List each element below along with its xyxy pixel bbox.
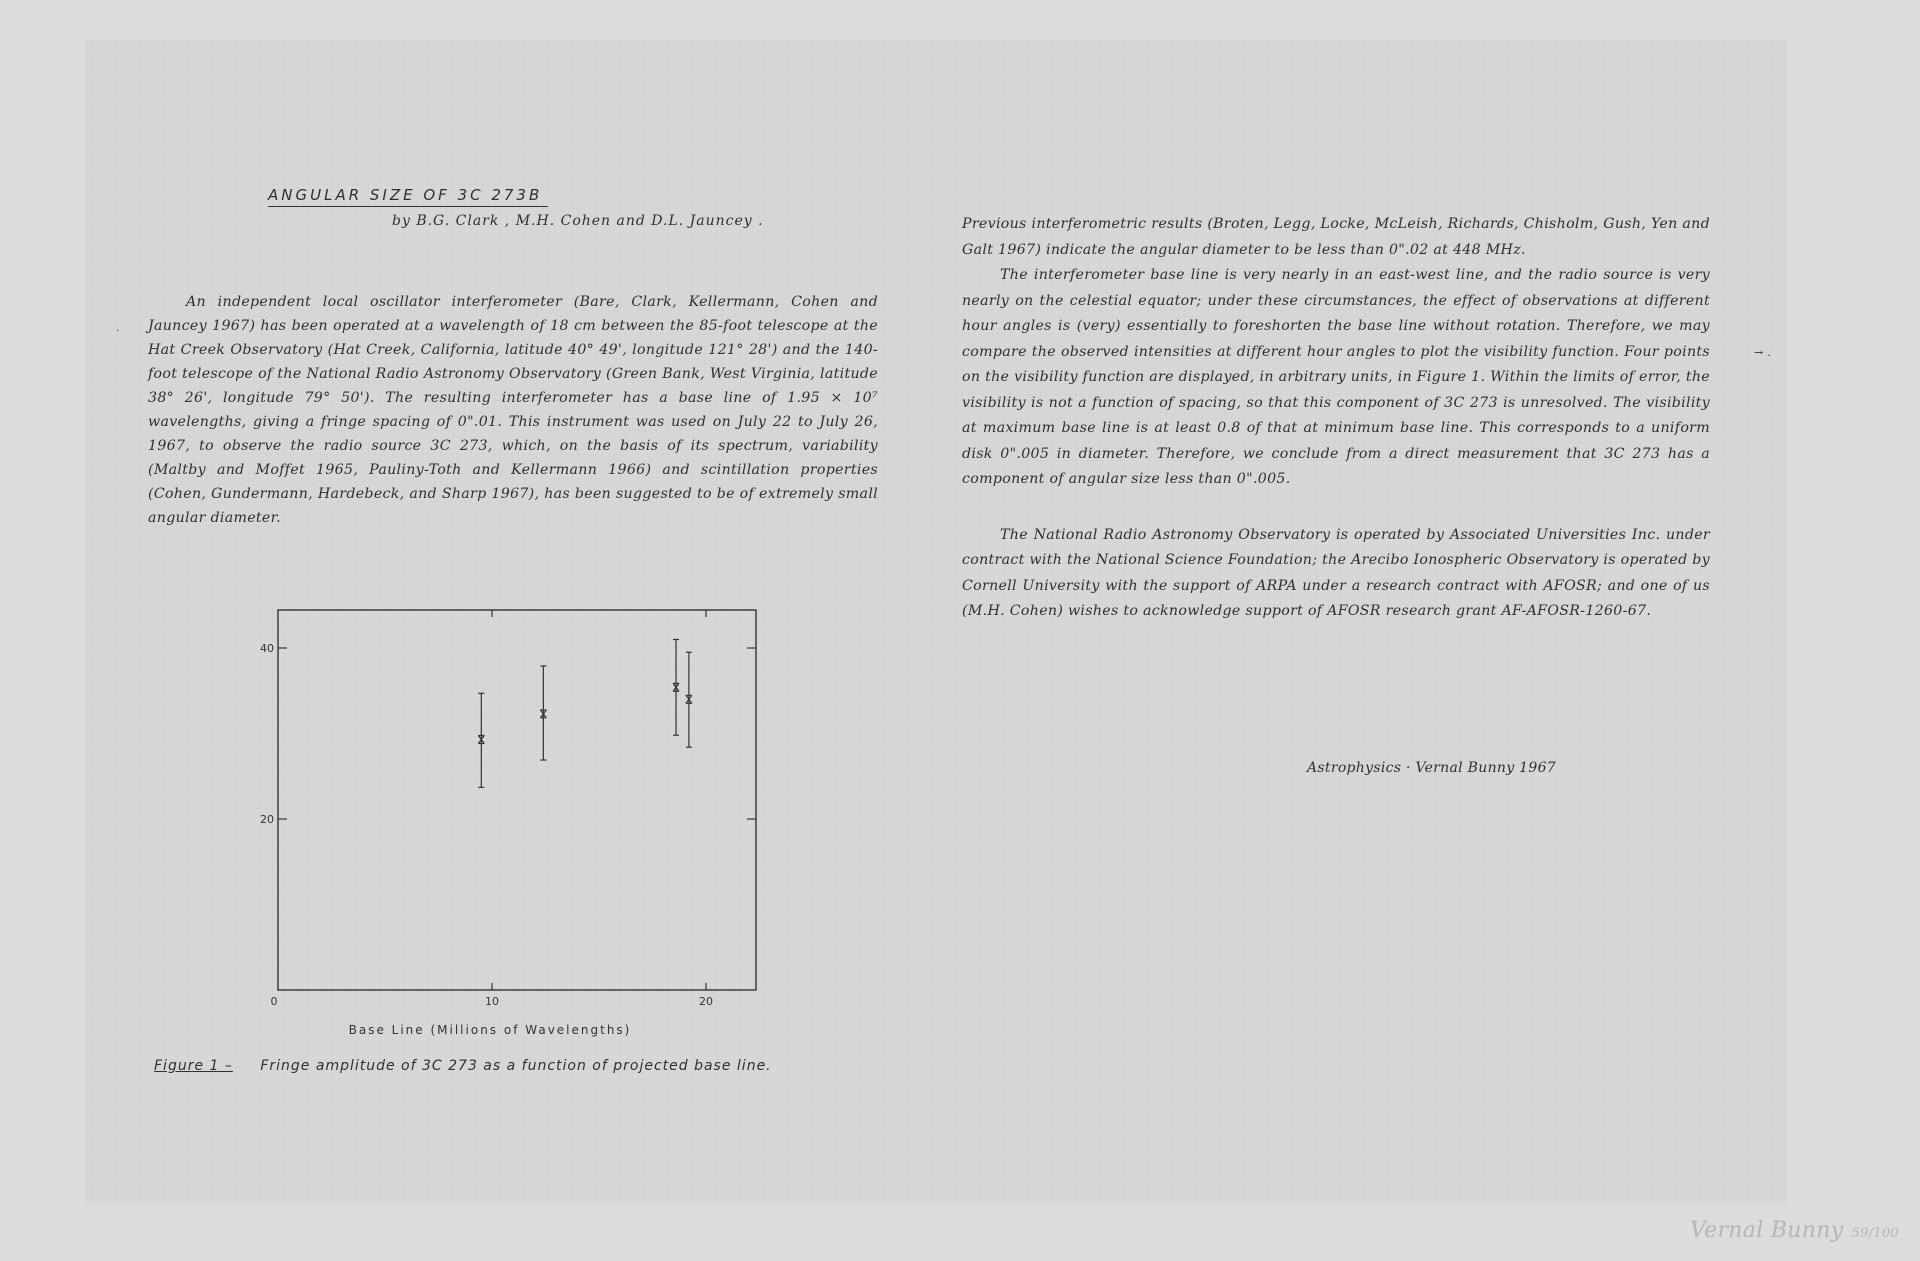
x-tick-label: 20 [699, 995, 713, 1008]
y-tick-label: 40 [260, 642, 274, 655]
chart-plot-area: 010202040Base Line (Millions of Waveleng… [250, 590, 770, 1050]
paragraph-method: The interferometer base line is very nea… [962, 263, 1710, 493]
authors-byline: by B.G. Clark , M.H. Cohen and D.L. Jaun… [392, 213, 764, 229]
margin-mark-left: · [116, 326, 119, 337]
paragraph-acknowledgements: The National Radio Astronomy Observatory… [962, 523, 1710, 625]
edition-number: 59/100 [1851, 1226, 1899, 1241]
x-tick-label: 10 [485, 995, 499, 1008]
paragraph-intro: An independent local oscillator interfer… [148, 290, 878, 530]
figure-label: Figure 1 – [154, 1058, 233, 1074]
figure-caption: Figure 1 – Fringe amplitude of 3C 273 as… [154, 1058, 772, 1074]
margin-mark-right: → . [1754, 346, 1771, 359]
x-tick-label: 0 [271, 995, 278, 1008]
document-title: ANGULAR SIZE OF 3C 273B [268, 186, 548, 207]
left-column-text: An independent local oscillator interfer… [148, 290, 878, 530]
plot-frame [278, 610, 756, 990]
paragraph-previous-results: Previous interferometric results (Broten… [962, 212, 1710, 263]
signature-line: Astrophysics · Vernal Bunny 1967 [1307, 760, 1556, 776]
right-column-text: Previous interferometric results (Broten… [962, 212, 1710, 625]
edition-signature: Vernal Bunny59/100 [1690, 1218, 1899, 1243]
x-axis-label: Base Line (Millions of Wavelengths) [349, 1023, 632, 1037]
figure-caption-text: Fringe amplitude of 3C 273 as a function… [260, 1058, 771, 1074]
artist-signature: Vernal Bunny [1690, 1218, 1843, 1243]
visibility-chart: 010202040Base Line (Millions of Waveleng… [250, 590, 770, 1050]
y-tick-label: 20 [260, 813, 274, 826]
